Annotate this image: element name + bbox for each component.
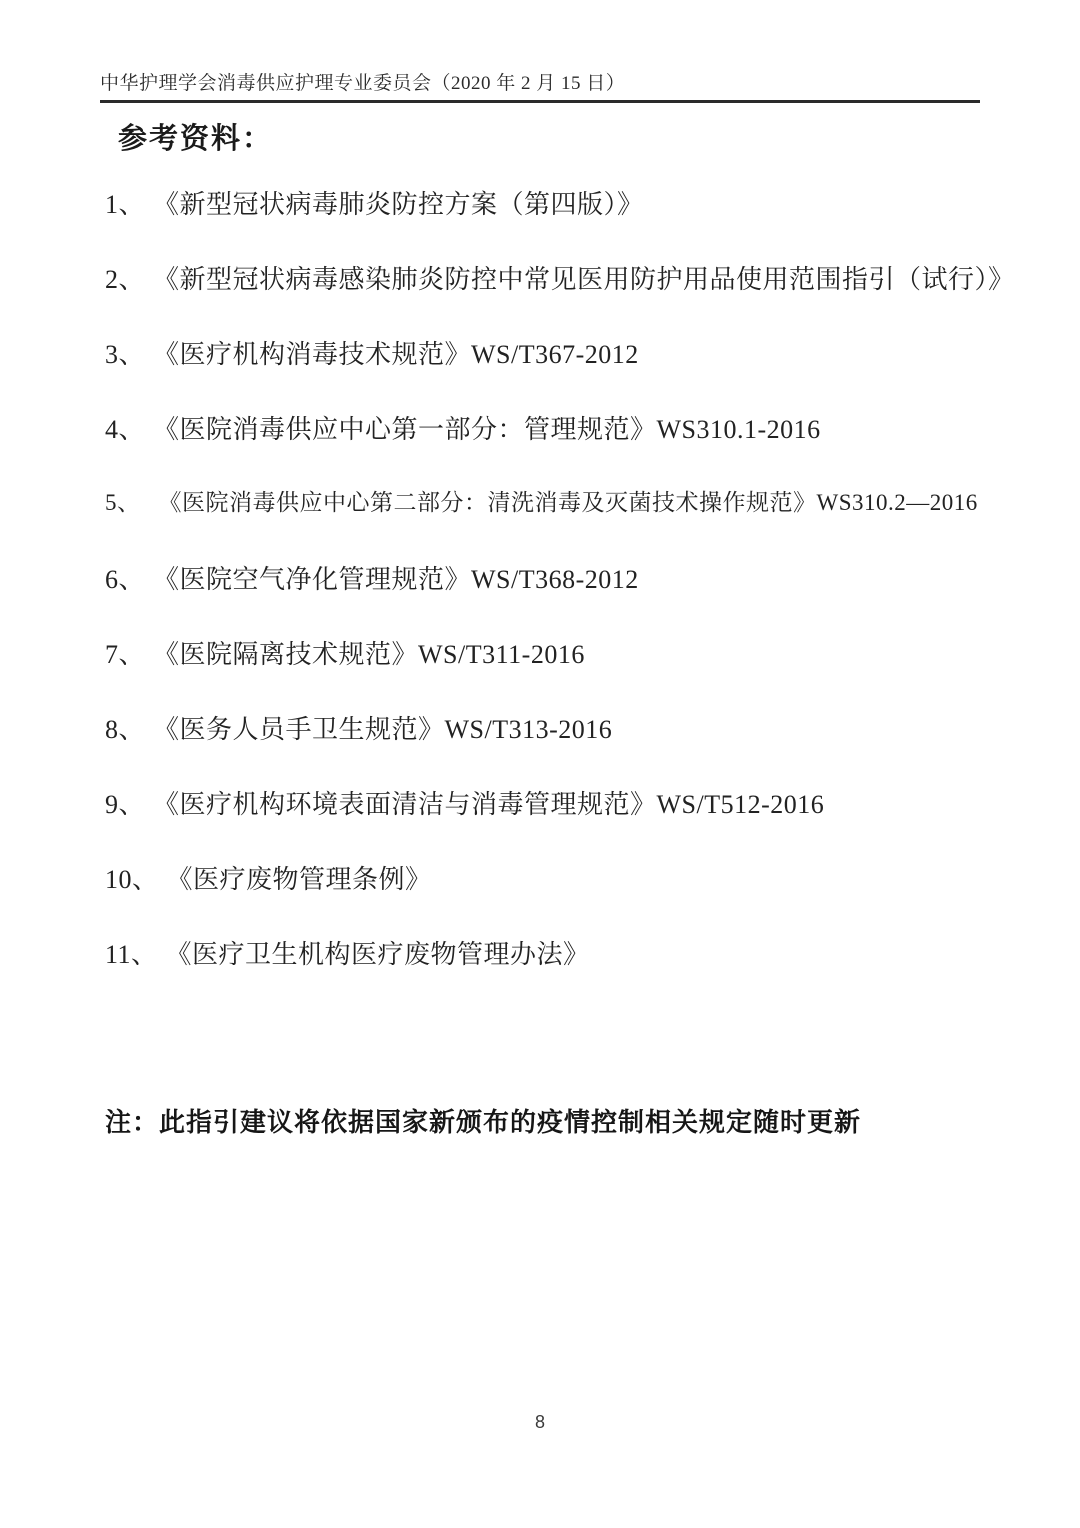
- reference-number: 7、: [105, 634, 145, 671]
- reference-number: 6、: [105, 559, 145, 596]
- reference-number: 3、: [105, 334, 145, 371]
- document-page: 中华护理学会消毒供应护理专业委员会（2020 年 2 月 15 日） 参考资料：…: [0, 0, 1080, 1528]
- reference-number: 5、: [105, 484, 141, 517]
- reference-number: 10、: [105, 859, 159, 896]
- reference-number: 2、: [105, 259, 145, 296]
- reference-text: 《医院消毒供应中心第二部分：清洗消毒及灭菌技术操作规范》WS310.2—2016: [159, 484, 978, 517]
- reference-item: 5、《医院消毒供应中心第二部分：清洗消毒及灭菌技术操作规范》WS310.2—20…: [105, 484, 1005, 515]
- page-number: 8: [0, 1412, 1080, 1433]
- reference-text: 《医疗机构环境表面清洁与消毒管理规范》WS/T512-2016: [153, 784, 824, 821]
- reference-item: 7、《医院隔离技术规范》WS/T311-2016: [105, 634, 1005, 665]
- reference-text: 《新型冠状病毒感染肺炎防控中常见医用防护用品使用范围指引（试行）》: [153, 259, 1015, 296]
- reference-item: 3、《医疗机构消毒技术规范》WS/T367-2012: [105, 334, 1005, 365]
- reference-item: 1、《新型冠状病毒肺炎防控方案（第四版）》: [105, 184, 1005, 215]
- reference-item: 11、《医疗卫生机构医疗废物管理办法》: [105, 934, 1005, 965]
- reference-number: 9、: [105, 784, 145, 821]
- reference-item: 8、《医务人员手卫生规范》WS/T313-2016: [105, 709, 1005, 740]
- reference-number: 8、: [105, 709, 145, 746]
- reference-text: 《医疗废物管理条例》: [167, 859, 432, 896]
- reference-item: 2、《新型冠状病毒感染肺炎防控中常见医用防护用品使用范围指引（试行）》: [105, 259, 1005, 290]
- reference-text: 《医院隔离技术规范》WS/T311-2016: [153, 634, 585, 671]
- section-title: 参考资料：: [118, 116, 273, 157]
- reference-text: 《新型冠状病毒肺炎防控方案（第四版）》: [153, 184, 644, 221]
- reference-item: 6、《医院空气净化管理规范》WS/T368-2012: [105, 559, 1005, 590]
- reference-text: 《医疗机构消毒技术规范》WS/T367-2012: [153, 334, 639, 371]
- reference-text: 《医务人员手卫生规范》WS/T313-2016: [153, 709, 612, 746]
- reference-item: 4、《医院消毒供应中心第一部分：管理规范》WS310.1-2016: [105, 409, 1005, 440]
- reference-list: 1、《新型冠状病毒肺炎防控方案（第四版）》 2、《新型冠状病毒感染肺炎防控中常见…: [105, 184, 1005, 1009]
- header-rule: [100, 100, 980, 103]
- reference-number: 4、: [105, 409, 145, 446]
- reference-text: 《医院空气净化管理规范》WS/T368-2012: [153, 559, 639, 596]
- reference-number: 1、: [105, 184, 145, 221]
- page-header: 中华护理学会消毒供应护理专业委员会（2020 年 2 月 15 日）: [100, 68, 980, 95]
- reference-text: 《医疗卫生机构医疗废物管理办法》: [166, 934, 590, 971]
- reference-item: 9、《医疗机构环境表面清洁与消毒管理规范》WS/T512-2016: [105, 784, 1005, 815]
- reference-number: 11、: [105, 934, 158, 971]
- reference-item: 10、《医疗废物管理条例》: [105, 859, 1005, 890]
- update-note: 注：此指引建议将依据国家新颁布的疫情控制相关规定随时更新: [105, 1102, 1005, 1139]
- reference-text: 《医院消毒供应中心第一部分：管理规范》WS310.1-2016: [153, 409, 821, 446]
